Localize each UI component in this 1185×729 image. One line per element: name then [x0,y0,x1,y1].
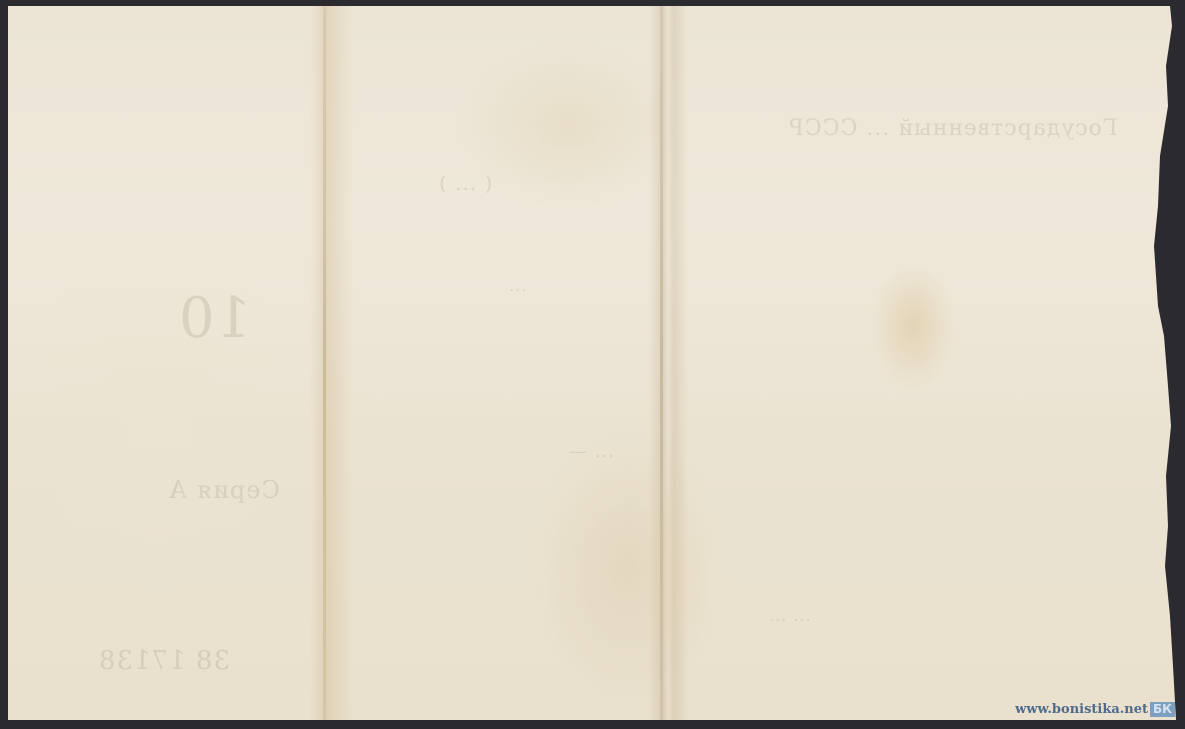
bleed-through-heading: Государственный ... СССР [788,116,1118,141]
watermark-logo-icon: БК [1150,702,1175,717]
bleed-through-serial-number: 38 17138 [98,646,230,676]
bleed-through-denomination: 10 [178,286,251,351]
fold-line-middle [660,6,663,720]
site-watermark: www.bonistika.net БК [1015,702,1175,717]
scan-background: Государственный ... СССР ( ... ) 10 ... … [0,0,1185,729]
bleed-through-text: ... [508,276,526,295]
paper-sheet: Государственный ... СССР ( ... ) 10 ... … [8,6,1176,720]
fold-line-left [323,6,326,720]
bleed-through-series: Серия А [168,476,280,504]
bleed-through-subheading: ( ... ) [438,171,492,195]
bleed-through-text: ... — [568,441,614,462]
bleed-through-footer: ... ... [768,606,811,625]
watermark-url: www.bonistika.net [1015,702,1148,717]
